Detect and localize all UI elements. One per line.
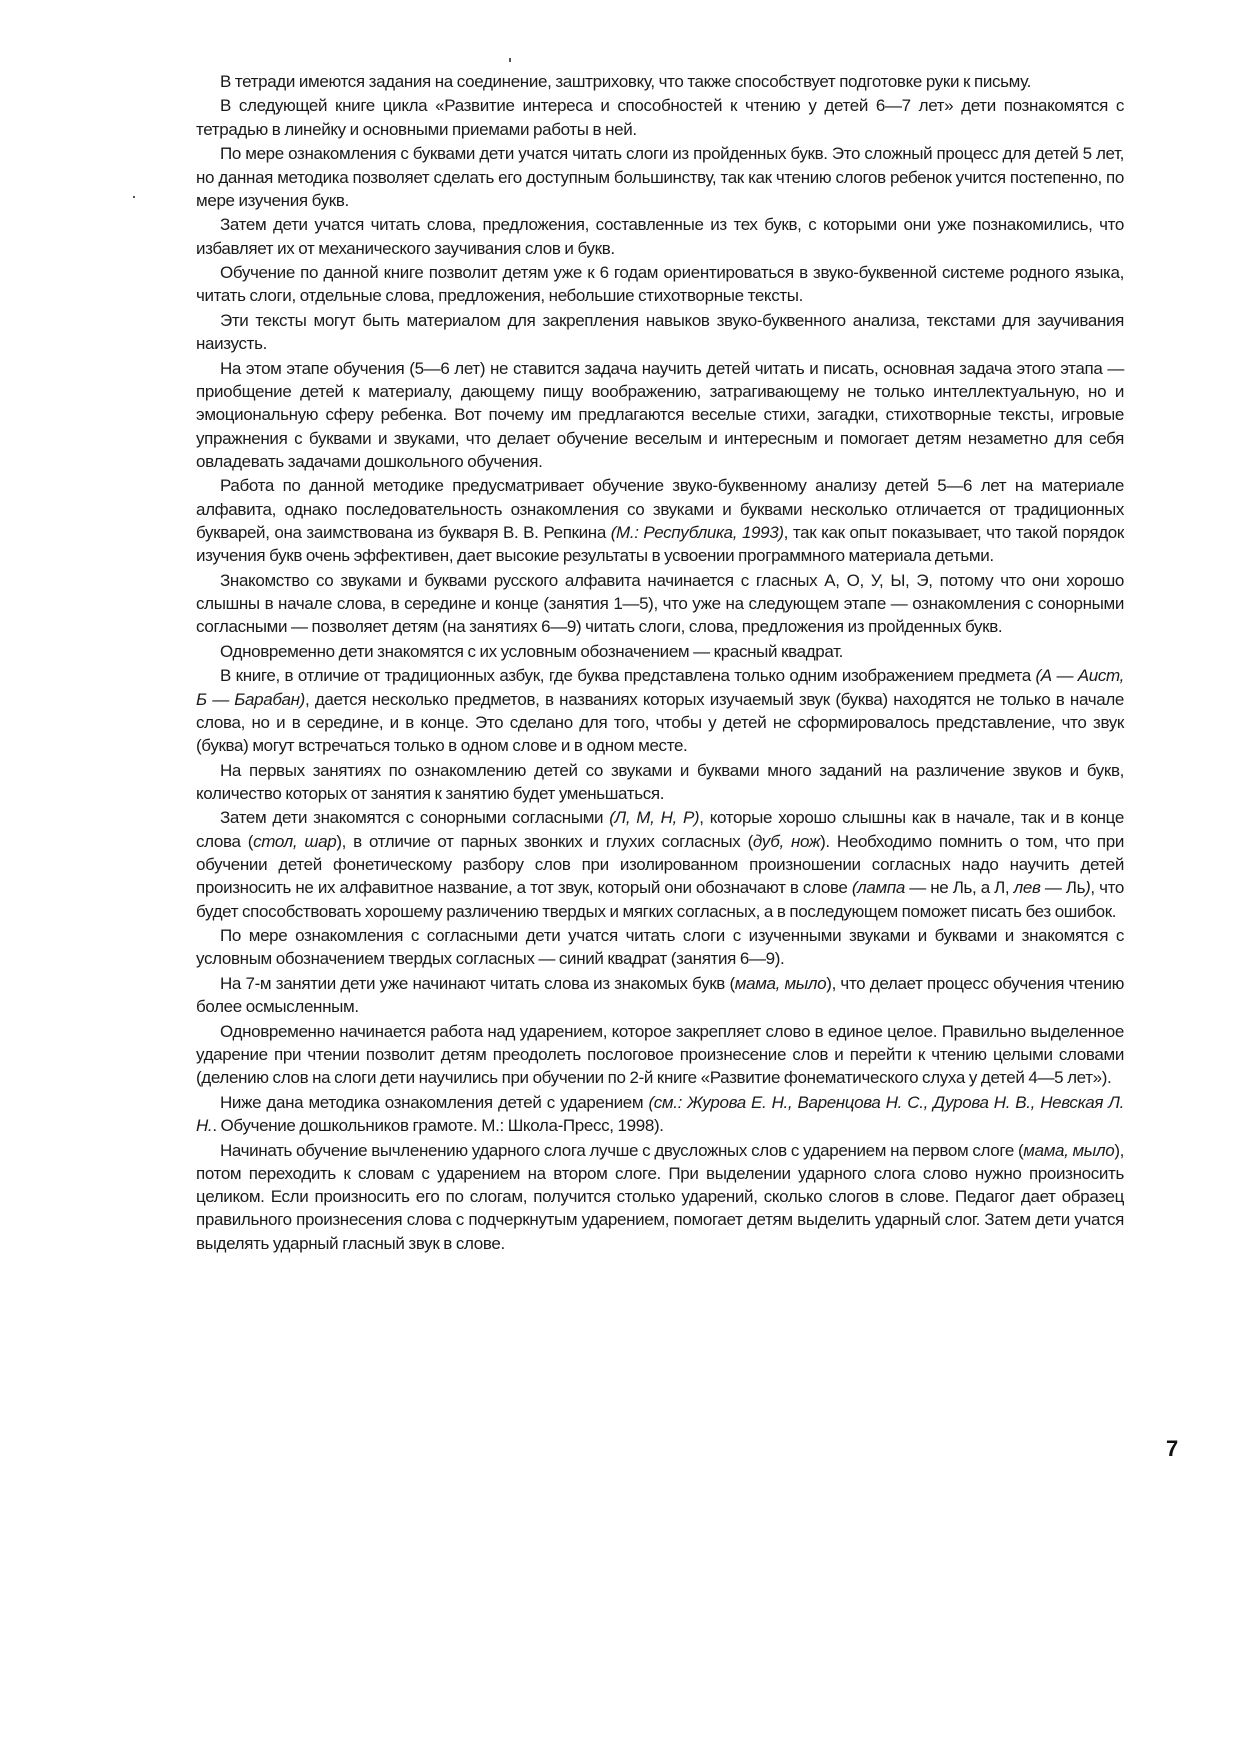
text-run: — не Ль, а Л, (905, 878, 1014, 897)
text-run: Затем дети учатся читать слова, предложе… (196, 215, 1124, 257)
italic-text-run: (М.: Республика, 1993) (611, 523, 784, 542)
text-run: На этом этапе обучения (5—6 лет) не став… (196, 359, 1124, 471)
text-run: Ниже дана методика ознакомления детей с … (220, 1093, 648, 1112)
paragraph: В тетради имеются задания на соединение,… (196, 70, 1124, 93)
italic-text-run: (лампа (852, 878, 905, 897)
paragraph: Эти тексты могут быть материалом для зак… (196, 309, 1124, 356)
text-run: На первых занятиях по ознакомлению детей… (196, 761, 1124, 803)
paragraph: В книге, в отличие от традиционных азбук… (196, 664, 1124, 757)
text-run: — Ль (1041, 878, 1086, 897)
italic-text-run: стол, шар (253, 832, 336, 851)
text-run: По мере ознакомления с буквами дети учат… (196, 144, 1124, 210)
paragraph: Затем дети учатся читать слова, предложе… (196, 213, 1124, 260)
italic-text-run: дуб, нож (753, 832, 820, 851)
paragraph: По мере ознакомления с буквами дети учат… (196, 142, 1124, 212)
italic-text-run: мама, мыло (1023, 1141, 1114, 1160)
text-run: Обучение по данной книге позволит детям … (196, 263, 1124, 305)
paragraph: Одновременно начинается работа над ударе… (196, 1020, 1124, 1090)
text-run: Знакомство со звуками и буквами русского… (196, 571, 1124, 637)
paragraph: На 7-м занятии дети уже начинают читать … (196, 972, 1124, 1019)
paragraph: В следующей книге цикла «Развитие интере… (196, 94, 1124, 141)
scan-speck (509, 58, 511, 62)
page-number: 7 (1166, 1436, 1178, 1462)
paragraph: Одновременно дети знакомятся с их условн… (196, 640, 1124, 663)
paragraph: Ниже дана методика ознакомления детей с … (196, 1091, 1124, 1138)
text-run: ), в отличие от парных звонких и глухих … (336, 832, 753, 851)
document-page: В тетради имеются задания на соединение,… (196, 70, 1124, 1256)
paragraph: По мере ознакомления с согласными дети у… (196, 924, 1124, 971)
text-run: Затем дети знакомятся с сонорными соглас… (220, 808, 609, 827)
text-run: Эти тексты могут быть материалом для зак… (196, 311, 1124, 353)
text-run: Одновременно дети знакомятся с их условн… (220, 642, 843, 661)
text-run: В следующей книге цикла «Развитие интере… (196, 96, 1124, 138)
italic-text-run: лев (1014, 878, 1041, 897)
italic-text-run: (Л, М, Н, Р) (609, 808, 699, 827)
text-run: В тетради имеются задания на соединение,… (220, 72, 1031, 91)
paragraph: Начинать обучение вычленению ударного сл… (196, 1139, 1124, 1255)
paragraph: Знакомство со звуками и буквами русского… (196, 569, 1124, 639)
paragraph: Обучение по данной книге позволит детям … (196, 261, 1124, 308)
italic-text-run: мама, мыло (735, 974, 826, 993)
paragraph: На первых занятиях по ознакомлению детей… (196, 759, 1124, 806)
text-run: . Обучение дошкольников грамоте. М.: Шко… (212, 1116, 663, 1135)
scan-speck (133, 196, 135, 198)
text-run: , дается несколько предметов, в названия… (196, 690, 1124, 756)
text-run: Начинать обучение вычленению ударного сл… (220, 1141, 1023, 1160)
text-run: На 7-м занятии дети уже начинают читать … (220, 974, 735, 993)
text-run: Одновременно начинается работа над ударе… (196, 1022, 1124, 1088)
paragraph: Затем дети знакомятся с сонорными соглас… (196, 806, 1124, 922)
text-run: По мере ознакомления с согласными дети у… (196, 926, 1124, 968)
text-run: В книге, в отличие от традиционных азбук… (220, 666, 1036, 685)
paragraph: Работа по данной методике предусматривае… (196, 474, 1124, 567)
paragraph: На этом этапе обучения (5—6 лет) не став… (196, 357, 1124, 473)
